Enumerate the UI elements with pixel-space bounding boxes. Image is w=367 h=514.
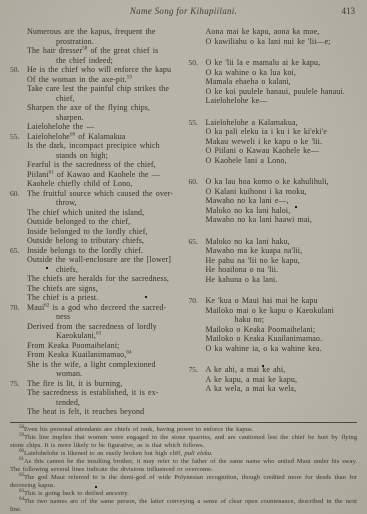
verse-group: 75.A ke ahi, a mai ke ahi,A ke kapu, a m… — [189, 365, 358, 394]
verse-line: She is the wife, a light complexioned — [27, 360, 180, 370]
verse-line: Laielohelohe the — — [27, 122, 180, 132]
verse-line: Makau weweli i ke kapu o ke 'lii. — [206, 137, 358, 147]
verse-line: Take care lest the painful chip strikes … — [27, 84, 180, 94]
verse-line: Kaohele chiefly child of Lono, — [27, 179, 180, 189]
verse-group: Numerous are the kapus, frequent thepros… — [10, 27, 180, 65]
line-number — [10, 27, 27, 65]
page-title: Name Song for Kihapiilani. — [10, 6, 357, 16]
verse-lines: Ke 'kua o Maui hai mai he kapuMailoko ma… — [206, 296, 358, 353]
line-number: 60. — [10, 189, 27, 246]
ink-spot — [95, 486, 97, 488]
verse-line: Mawaho ma ke kuapa na'lii, — [206, 246, 358, 256]
line-number: 75. — [10, 379, 27, 417]
verse-line: Mailoko mai o ke kapu o Kaeokulani — [206, 306, 358, 316]
verse-lines: A ke ahi, a mai ke ahi,A ke kapu, a mai … — [206, 365, 358, 394]
ink-spot — [145, 296, 147, 298]
verse-line: Mamala ehaeha o kalani, — [206, 77, 358, 87]
verse-group: 55.Laielohelohe a Kalamakua,O ka pali el… — [189, 118, 358, 166]
line-number: 70. — [10, 303, 27, 379]
verse-lines: Laielohelohe60 of KalamakuaIs the dark, … — [27, 132, 180, 189]
line-number: 65. — [10, 246, 27, 303]
verse-line: Fearful is the sacredness of the chief, — [27, 160, 180, 170]
verse-line: Laielohelohe a Kalamakua, — [206, 118, 358, 128]
verse-line: O ke koi puulele hanaui, puulele hanaui. — [206, 87, 358, 97]
verse-line: Laielohelohe60 of Kalamakua — [27, 132, 180, 142]
line-number: 55. — [10, 132, 27, 189]
footnote-number: 62 — [19, 473, 24, 478]
verse-line: He pahu na 'lii no ke kapu, — [206, 256, 358, 266]
verse-lines: Laielohelohe a Kalamakua,O ka pali eleku… — [206, 118, 358, 166]
verse-line: Ke 'kua o Maui hai mai he kapu — [206, 296, 358, 306]
footnote-divider — [10, 422, 357, 423]
line-number: 55. — [189, 118, 206, 166]
verse-lines: He is the chief who will enforce the kap… — [27, 65, 180, 132]
footnote-number: 61 — [19, 457, 24, 462]
verse-lines: The fruitful source which caused the ove… — [27, 189, 180, 246]
line-number: 50. — [189, 58, 206, 106]
verse-line: The chiefs are heralds for the sacrednes… — [27, 274, 180, 284]
verse-line: Mawaho no ka lani e—, — [206, 196, 358, 206]
verse-line: O Kalani kuihono i ka moku, — [206, 187, 358, 197]
verse-line: He kahuna o ka lani. — [206, 275, 358, 285]
verse-line: O Kaohele lani a Lono, — [206, 156, 358, 166]
verse-lines: Numerous are the kapus, frequent thepros… — [27, 27, 180, 65]
footnotes: 58Even his personal attendants are chief… — [10, 426, 357, 514]
verse-group: 70.Maui62 is a god who decreed the sacre… — [10, 303, 180, 379]
verse-lines: Maui62 is a god who decreed the sacred-n… — [27, 303, 180, 379]
verse-line: O ka wahine ia, o ka wahine kea. — [206, 344, 358, 354]
verse-line: Piilani61 of Kawao and Kaohele the — — [27, 170, 180, 180]
verse-line: chief, — [27, 94, 180, 104]
footnote-number: 60 — [19, 449, 24, 454]
footnote: 59This line implies that women were enga… — [10, 434, 357, 450]
verse-group: 75.The fire is lit, it is burning,The sa… — [10, 379, 180, 417]
verse-line: Kaeokulani,63 — [27, 331, 180, 341]
verse-line: Inside belongs to the lordly chief. — [27, 246, 180, 256]
footnote-number: 63 — [19, 489, 24, 494]
verse-line: tended, — [27, 398, 180, 408]
footnote-number: 58 — [19, 424, 24, 429]
verse-lines: O ke 'lii la e mamalu ai ke kapu,O ka wa… — [206, 58, 358, 106]
verse-line: The chiefs are signs, — [27, 284, 180, 294]
ink-spot — [46, 267, 48, 269]
verse-line: From Keaka Poomaihelani; — [27, 341, 180, 351]
verse-group: 60.The fruitful source which caused the … — [10, 189, 180, 246]
verse-line: The chief which united the island, — [27, 208, 180, 218]
verse-line: A ke ahi, a mai ke ahi, — [206, 365, 358, 375]
verse-lines: Inside belongs to the lordly chief.Outsi… — [27, 246, 180, 303]
verse-line: haku no; — [206, 315, 358, 325]
ink-spot — [295, 206, 297, 208]
verse-line: Sharpen the axe of the flying chips, — [27, 103, 180, 113]
verse-line: Mailoko o Keaka Kuailanimamao. — [206, 334, 358, 344]
page-number: 413 — [342, 6, 356, 16]
verse-lines: O ka lau hoa komo o ke kahulihuli,O Kala… — [206, 177, 358, 225]
verse-line: The heat is felt, it reaches beyond — [27, 407, 180, 417]
verse-line: Outside belong to tributary chiefs, — [27, 236, 180, 246]
verse-line: O Piilani o Kawau Kaohele ke— — [206, 146, 358, 156]
line-number: 65. — [189, 237, 206, 285]
footnote-ref: 62 — [44, 303, 49, 308]
line-number: 70. — [189, 296, 206, 353]
verse-line: He hoailona o na 'lii. — [206, 265, 358, 275]
verse-line: O ka pali eleku ia i ku i ke ki'eki'e — [206, 127, 358, 137]
verse-group: 65.Inside belongs to the lordly chief.Ou… — [10, 246, 180, 303]
verse-line: Derived from the sacredness of lordly — [27, 322, 180, 332]
footnote-ref: 64 — [126, 350, 131, 355]
verse-lines: The fire is lit, it is burning,The sacre… — [27, 379, 180, 417]
verse-line: Laielohelohe ke— — [206, 96, 358, 106]
verse-line: O ka lau hoa komo o ke kahulihuli, — [206, 177, 358, 187]
verse-line: The sacredness is established, it is ex- — [27, 388, 180, 398]
verse-line: chiefs, — [27, 265, 180, 275]
footnote-ref: 59 — [127, 75, 132, 80]
verse-line: He is the chief who will enforce the kap… — [27, 65, 180, 75]
verse-line: Of the woman in the axe-pit.59 — [27, 75, 180, 85]
verse-line: Maui62 is a god who decreed the sacred- — [27, 303, 180, 313]
verse-lines: Aona mai ke kapu, aona ka moe,O kawiliah… — [206, 27, 358, 46]
left-column: Numerous are the kapus, frequent thepros… — [10, 27, 184, 417]
verse-line: Is the dark, incompact precipice which — [27, 141, 180, 151]
footnote: 58Even his personal attendants are chief… — [10, 426, 357, 434]
verse-line: The hair dresser58 of the great chief is — [27, 46, 180, 56]
page-header: Name Song for Kihapiilani. 413 — [10, 6, 357, 20]
verse-line: Outside the wall-enclosure are the [lowe… — [27, 255, 180, 265]
verse-group: 70.Ke 'kua o Maui hai mai he kapuMailoko… — [189, 296, 358, 353]
footnote-number: 59 — [19, 432, 24, 437]
footnote-ref: 58 — [82, 46, 87, 51]
footnote: 62The god Maui referred to is the demi-g… — [10, 474, 357, 490]
verse-lines: Maloko no ka lani haku,Mawaho ma ke kuap… — [206, 237, 358, 285]
verse-line: O ke 'lii la e mamalu ai ke kapu, — [206, 58, 358, 68]
verse-line: Inside belonged to the lordly chief, — [27, 227, 180, 237]
verse-line: woman. — [27, 369, 180, 379]
verse-line: A ke kapu, a mai ke kapu, — [206, 375, 358, 385]
line-number: 75. — [189, 365, 206, 394]
verse-line: The fire is lit, it is burning, — [27, 379, 180, 389]
footnote-ref: 61 — [49, 170, 54, 175]
verse-line: Maloko no ka lani haku, — [206, 237, 358, 247]
verse-line: Maloko no ka lani haloi, — [206, 206, 358, 216]
verse-group: 50.O ke 'lii la e mamalu ai ke kapu,O ka… — [189, 58, 358, 106]
footnote-ref: 63 — [96, 331, 101, 336]
verse-line: From Keaka Kuailanimamao,64 — [27, 350, 180, 360]
right-column: Aona mai ke kapu, aona ka moe,O kawiliah… — [184, 27, 358, 417]
verse-line: prostration. — [27, 37, 180, 47]
verse-line: The chief is a priest. — [27, 293, 180, 303]
verse-line: throw, — [27, 198, 180, 208]
footnote: 60Laielohelohe is likened to an easily b… — [10, 450, 357, 458]
ink-spot — [262, 365, 264, 367]
verse-group: 65.Maloko no ka lani haku,Mawaho ma ke k… — [189, 237, 358, 285]
verse-line: Mailoko o Keaka Poomaihelani; — [206, 325, 358, 335]
footnote: 61As this cannot be the insulting brothe… — [10, 458, 357, 474]
verse-line: O ka wahine o ka lua koi, — [206, 68, 358, 78]
verse-line: ness — [27, 312, 180, 322]
verse-line: The fruitful source which caused the ove… — [27, 189, 180, 199]
verse-group: 50.He is the chief who will enforce the … — [10, 65, 180, 132]
verse-columns: Numerous are the kapus, frequent thepros… — [10, 27, 357, 417]
footnote-number: 64 — [19, 497, 24, 502]
verse-line: O kawiliahu o ka lani nui ke 'lii—e; — [206, 37, 358, 47]
footnote-ref: 60 — [70, 132, 75, 137]
line-number — [189, 27, 206, 46]
verse-line: the chief indeed; — [27, 56, 180, 66]
footnote: 64The two names are of the same person, … — [10, 498, 357, 514]
verse-line: sharpen. — [27, 113, 180, 123]
verse-line: Numerous are the kapus, frequent the — [27, 27, 180, 37]
italic-term: pali eleku. — [184, 450, 212, 457]
verse-line: Mawaho no ka lani haawi mai, — [206, 215, 358, 225]
verse-group: Aona mai ke kapu, aona ka moe,O kawiliah… — [189, 27, 358, 46]
book-page: Name Song for Kihapiilani. 413 Numerous … — [0, 0, 367, 514]
verse-line: stands on high; — [27, 151, 180, 161]
verse-line: A ka wela, a mai ka wela, — [206, 384, 358, 394]
verse-group: 60.O ka lau hoa komo o ke kahulihuli,O K… — [189, 177, 358, 225]
line-number: 50. — [10, 65, 27, 132]
verse-line: Aona mai ke kapu, aona ka moe, — [206, 27, 358, 37]
line-number: 60. — [189, 177, 206, 225]
verse-group: 55.Laielohelohe60 of KalamakuaIs the dar… — [10, 132, 180, 189]
verse-line: Outside belonged to the chief, — [27, 217, 180, 227]
